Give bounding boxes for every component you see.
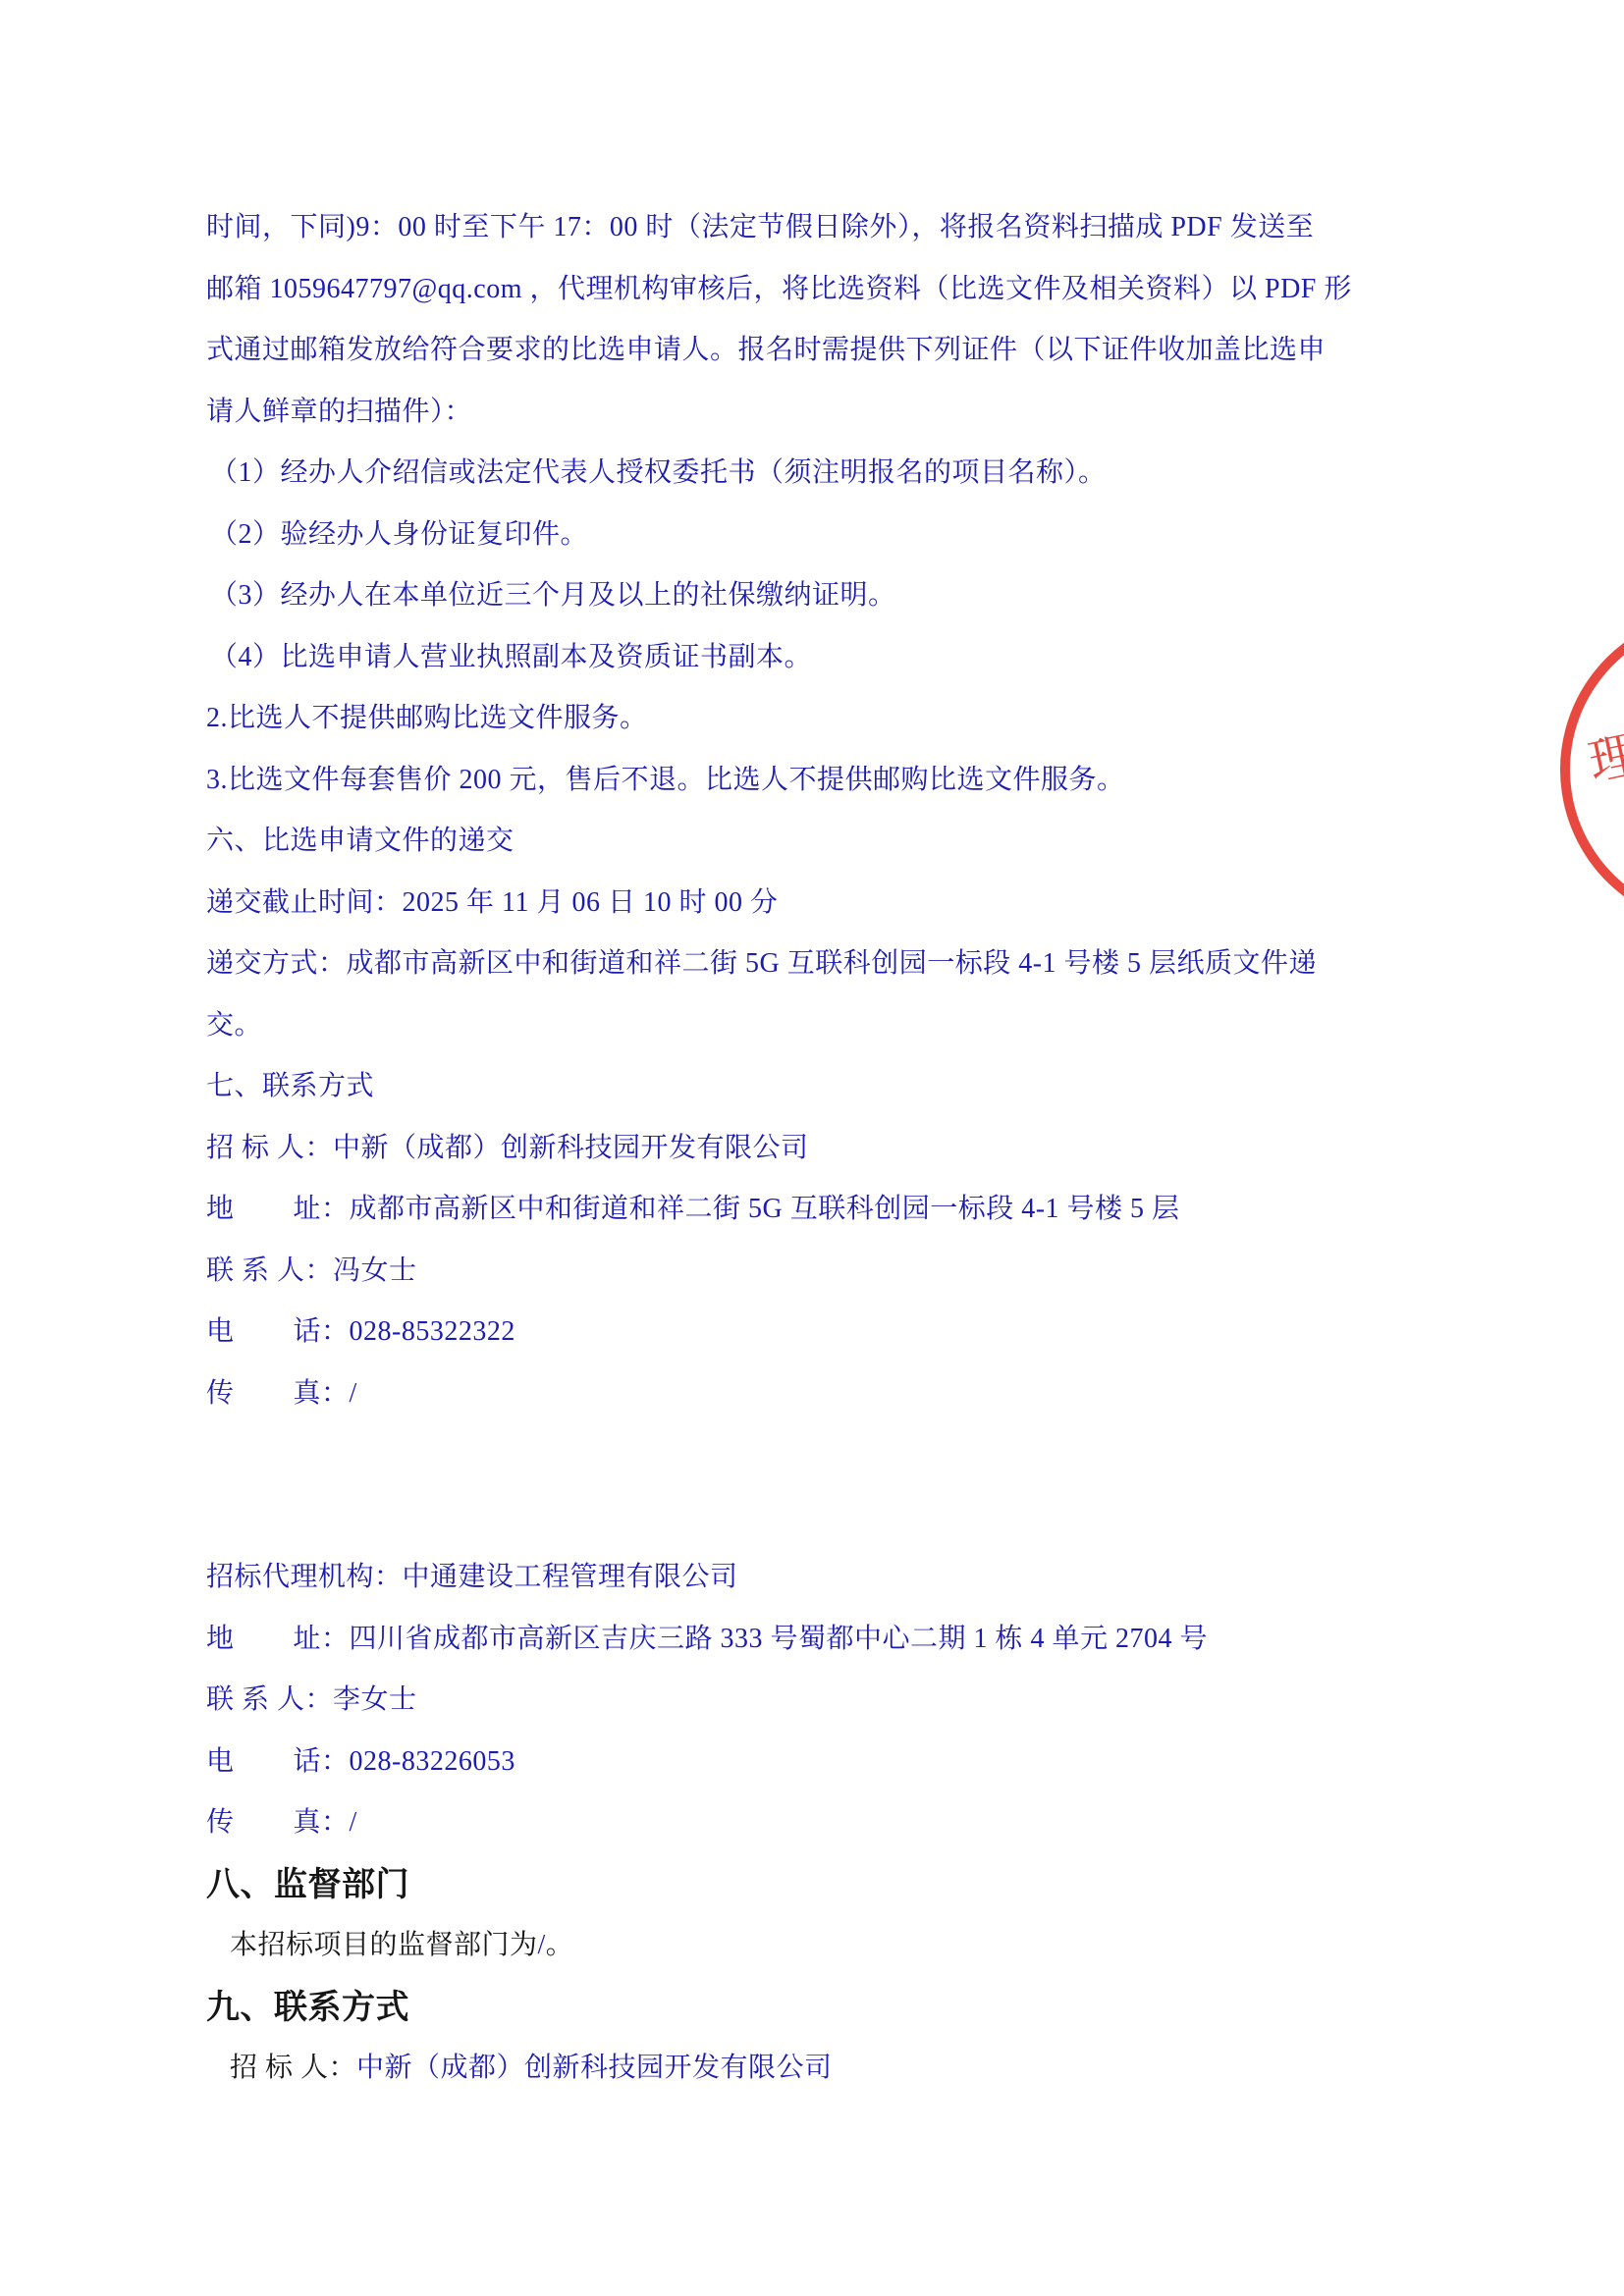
text-line: 3.比选文件每套售价 200 元，售后不退。比选人不提供邮购比选文件服务。 (206, 750, 1394, 812)
text-segment: （4）比选申请人营业执照副本及资质证书副本。 (210, 642, 812, 672)
text-line: 联 系 人：李女士 (206, 1670, 1394, 1732)
text-line: 地 址：四川省成都市高新区吉庆三路 333 号蜀都中心二期 1 栋 4 单元 2… (206, 1609, 1394, 1671)
text-segment: 中新（成都）创新科技园开发有限公司 (356, 2053, 833, 2083)
text-line: 七、联系方式 (206, 1056, 1394, 1118)
text-segment: 传 真：/ (206, 1807, 357, 1838)
seal-char: 理 (1584, 726, 1624, 792)
text-line: （1）经办人介绍信或法定代表人授权委托书（须注明报名的项目名称）。 (206, 443, 1394, 505)
text-line: （4）比选申请人营业执照副本及资质证书副本。 (206, 627, 1394, 689)
text-line: 时间，下同)9：00 时至下午 17：00 时（法定节假日除外），将报名资料扫描… (206, 197, 1394, 259)
text-segment: 八、监督部门 (206, 1866, 409, 1903)
text-segment: 3.比选文件每套售价 200 元，售后不退。比选人不提供邮购比选文件服务。 (206, 765, 1125, 795)
text-segment: 七、联系方式 (206, 1071, 374, 1101)
text-line: 传 真：/ (206, 1792, 1394, 1854)
text-line: 请人鲜章的扫描件）： (206, 382, 1394, 444)
section-heading: 八、监督部门 (206, 1854, 1394, 1916)
text-line: 本招标项目的监督部门为/。 (206, 1915, 1394, 1977)
text-segment: 递交方式：成都市高新区中和街道和祥二街 5G 互联科创园一标段 4-1 号楼 5… (206, 948, 1317, 979)
text-line: 递交方式：成都市高新区中和街道和祥二街 5G 互联科创园一标段 4-1 号楼 5… (206, 934, 1394, 995)
document-page: 时间，下同)9：00 时至下午 17：00 时（法定节假日除外），将报名资料扫描… (0, 0, 1624, 2296)
text-line: 招 标 人：中新（成都）创新科技园开发有限公司 (206, 2038, 1394, 2100)
text-segment: 电 话：028-83226053 (206, 1746, 515, 1777)
text-line: 2.比选人不提供邮购比选文件服务。 (206, 688, 1394, 750)
text-line: （2）验经办人身份证复印件。 (206, 505, 1394, 566)
red-seal-stamp: 理 ★ 1477 (1543, 601, 1624, 939)
text-segment: 请人鲜章的扫描件）： (206, 397, 472, 427)
text-segment: 联 系 人：李女士 (206, 1684, 417, 1715)
text-segment: 九、联系方式 (206, 1989, 409, 2026)
text-segment: 递交截止时间：2025 年 11 月 06 日 10 时 00 分 (206, 887, 778, 918)
text-segment: 式通过邮箱发放给符合要求的比选申请人。报名时需提供下列证件（以下证件收加盖比选申 (206, 335, 1326, 365)
text-segment: / (538, 1930, 546, 1960)
text-segment: 时间，下同)9：00 时至下午 17：00 时（法定节假日除外），将报名资料扫描… (206, 212, 1314, 242)
text-segment: （1）经办人介绍信或法定代表人授权委托书（须注明报名的项目名称）。 (210, 457, 1107, 488)
section-heading: 九、联系方式 (206, 1977, 1394, 2039)
text-segment: （3）经办人在本单位近三个月及以上的社保缴纳证明。 (210, 580, 896, 611)
text-segment: 招标代理机构：中通建设工程管理有限公司 (206, 1562, 738, 1592)
text-line: 交。 (206, 995, 1394, 1057)
text-line: 招 标 人：中新（成都）创新科技园开发有限公司 (206, 1118, 1394, 1180)
document-lines: 时间，下同)9：00 时至下午 17：00 时（法定节假日除外），将报名资料扫描… (206, 197, 1394, 2100)
text-line: 六、比选申请文件的递交 (206, 811, 1394, 873)
text-segment: 本招标项目的监督部门为 (230, 1930, 538, 1960)
text-line: 传 真：/ (206, 1363, 1394, 1425)
text-segment: 地 址：四川省成都市高新区吉庆三路 333 号蜀都中心二期 1 栋 4 单元 2… (206, 1624, 1208, 1654)
text-segment: 地 址：成都市高新区中和街道和祥二街 5G 互联科创园一标段 4-1 号楼 5 … (206, 1194, 1180, 1224)
text-line: 电 话：028-83226053 (206, 1732, 1394, 1793)
text-segment: 交。 (206, 1010, 262, 1041)
text-line: 邮箱 1059647797@qq.com ，代理机构审核后，将比选资料（比选文件… (206, 259, 1394, 321)
text-segment: 2.比选人不提供邮购比选文件服务。 (206, 703, 648, 733)
text-line (206, 1486, 1394, 1548)
text-line: 联 系 人：冯女士 (206, 1241, 1394, 1303)
text-segment: 传 真：/ (206, 1378, 357, 1409)
text-segment: 电 话：028-85322322 (206, 1316, 515, 1347)
text-line: 递交截止时间：2025 年 11 月 06 日 10 时 00 分 (206, 873, 1394, 934)
seal-icon: 理 ★ 1477 (1543, 601, 1624, 939)
text-line: 地 址：成都市高新区中和街道和祥二街 5G 互联科创园一标段 4-1 号楼 5 … (206, 1179, 1394, 1241)
text-segment: 。 (546, 1930, 574, 1960)
text-segment: （2）验经办人身份证复印件。 (210, 519, 588, 550)
text-segment: 邮箱 1059647797@qq.com ，代理机构审核后，将比选资料（比选文件… (206, 274, 1352, 304)
text-line (206, 1424, 1394, 1486)
text-segment: 六、比选申请文件的递交 (206, 826, 514, 856)
text-line: 电 话：028-85322322 (206, 1302, 1394, 1363)
text-line: 招标代理机构：中通建设工程管理有限公司 (206, 1547, 1394, 1609)
text-segment: 联 系 人：冯女士 (206, 1255, 417, 1286)
text-line: （3）经办人在本单位近三个月及以上的社保缴纳证明。 (206, 565, 1394, 627)
text-segment: 招 标 人： (230, 2053, 356, 2083)
text-line: 式通过邮箱发放给符合要求的比选申请人。报名时需提供下列证件（以下证件收加盖比选申 (206, 320, 1394, 382)
text-segment: 招 标 人：中新（成都）创新科技园开发有限公司 (206, 1133, 809, 1163)
